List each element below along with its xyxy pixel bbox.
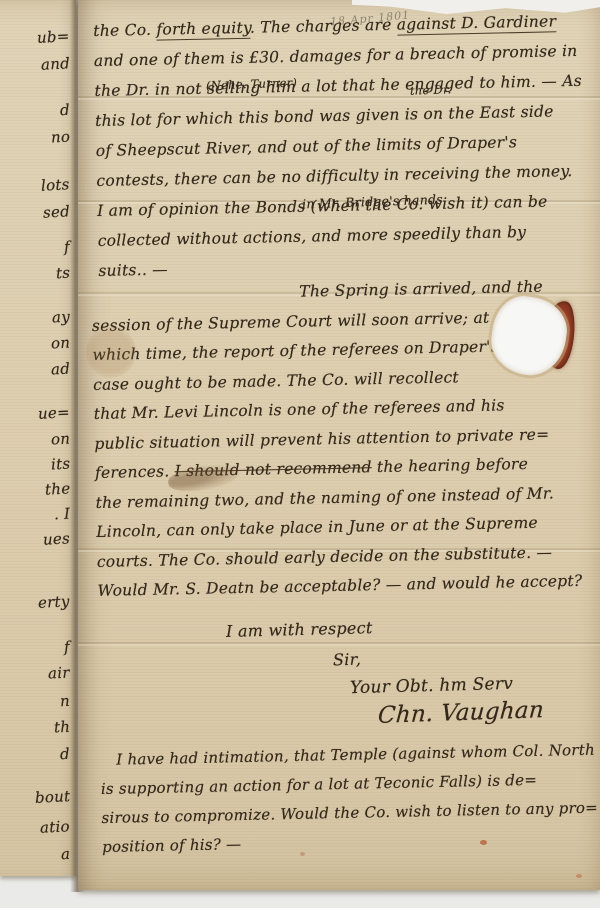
u-segment: against D. Gardiner [397, 12, 557, 35]
rust-speck [300, 852, 305, 856]
margin-fragment: on [50, 430, 70, 449]
margin-fragment: no [50, 128, 70, 147]
margin-fragment: ues [43, 529, 71, 548]
closing-sir: Sir, [333, 650, 362, 670]
margin-fragment: d [60, 745, 71, 763]
margin-fragment: the [44, 479, 70, 498]
paragraph-bonds: the Co. forth equity. The charges are ag… [93, 5, 600, 286]
text-segment: the Co. [93, 21, 156, 40]
letter-page: 18 Apr 1801 the Co. forth equity. The ch… [78, 0, 600, 890]
margin-fragment: ts [55, 264, 70, 283]
margin-fragment: and [41, 54, 71, 73]
margin-fragment: d [60, 101, 71, 119]
paper-stain [86, 326, 136, 378]
interlinear-insertion: the Dr. [410, 82, 452, 97]
margin-fragment: n [60, 692, 71, 710]
margin-fragment: bout [34, 787, 70, 807]
paper-crease [78, 642, 600, 646]
margin-fragment: lots [41, 175, 70, 194]
margin-fragment: ub= [37, 27, 70, 47]
rust-speck [576, 874, 582, 878]
manuscript-scan: ub=anddnolotssedftsayonadue=onitsthe. Iu… [0, 0, 600, 908]
margin-fragment: air [48, 663, 71, 682]
margin-fragment: sed [43, 202, 71, 221]
u-segment: forth equity [156, 19, 250, 41]
margin-fragment: th [53, 718, 70, 737]
text-segment: ferences. [95, 462, 175, 482]
margin-fragment: . I [53, 505, 70, 524]
rust-speck [480, 840, 487, 845]
postscript: I have had intimation, that Temple (agai… [100, 736, 600, 862]
closing-respect: I am with respect [226, 618, 373, 641]
margin-fragment: its [50, 455, 70, 474]
margin-fragment: ue= [38, 403, 71, 423]
text-segment: the hearing before [372, 455, 529, 476]
margin-fragment: ad [50, 360, 70, 379]
margin-fragment: ay [52, 308, 71, 327]
signature: Chn. Vaughan [377, 697, 545, 729]
margin-fragment: erty [38, 592, 70, 612]
closing-servant: Your Obt. hm Serv [350, 674, 514, 698]
margin-fragment: a [60, 845, 70, 863]
adjacent-page-edge: ub=anddnolotssedftsayonadue=onitsthe. Iu… [0, 0, 76, 876]
margin-fragment: on [50, 334, 70, 353]
text-segment: . The charges are [250, 16, 397, 37]
margin-fragment: atio [40, 817, 71, 837]
